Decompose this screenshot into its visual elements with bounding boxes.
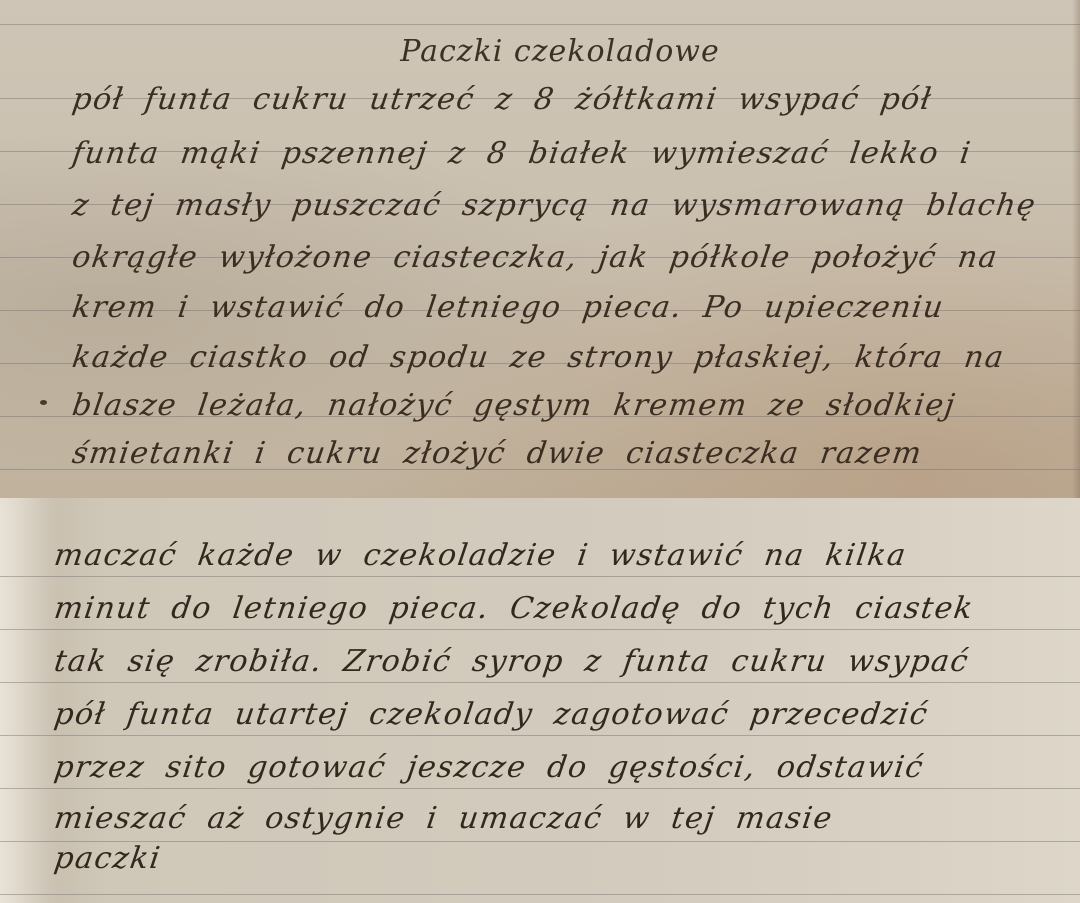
lower-page-photo: maczać każde w czekoladzie i wstawić na … [0, 498, 1080, 903]
upper-page-photo: Paczki czekoladowe pół funta cukru utrze… [0, 0, 1080, 498]
text-line: funta mąki pszennej z 8 białek wymieszać… [70, 136, 1055, 171]
text-line: pół funta cukru utrzeć z 8 żółtkami wsyp… [70, 82, 1055, 117]
text-line: paczki [52, 841, 1055, 876]
text-line: krem i wstawić do letniego pieca. Po upi… [70, 290, 1055, 325]
text-line: maczać każde w czekoladzie i wstawić na … [52, 538, 1055, 573]
text-line: przez sito gotować jeszcze do gęstości, … [52, 750, 1055, 785]
text-line: mieszać aż ostygnie i umaczać w tej masi… [52, 801, 1055, 836]
text-line: okrągłe wyłożone ciasteczka, jak półkole… [70, 240, 1055, 275]
text-line: tak się zrobiła. Zrobić syrop z funta cu… [52, 644, 1055, 679]
text-line: blasze leżała, nałożyć gęstym kremem ze … [70, 388, 1055, 423]
text-line: śmietanki i cukru złożyć dwie ciasteczka… [70, 436, 1055, 471]
recipe-title: Paczki czekoladowe [330, 34, 790, 69]
text-line: z tej masły puszczać szprycą na wysmarow… [70, 188, 1055, 223]
ink-blot-mark [40, 400, 47, 405]
text-line: każde ciastko od spodu ze strony płaskie… [70, 340, 1055, 375]
text-line: minut do letniego pieca. Czekoladę do ty… [52, 591, 1055, 626]
text-line: pół funta utartej czekolady zagotować pr… [52, 697, 1055, 732]
